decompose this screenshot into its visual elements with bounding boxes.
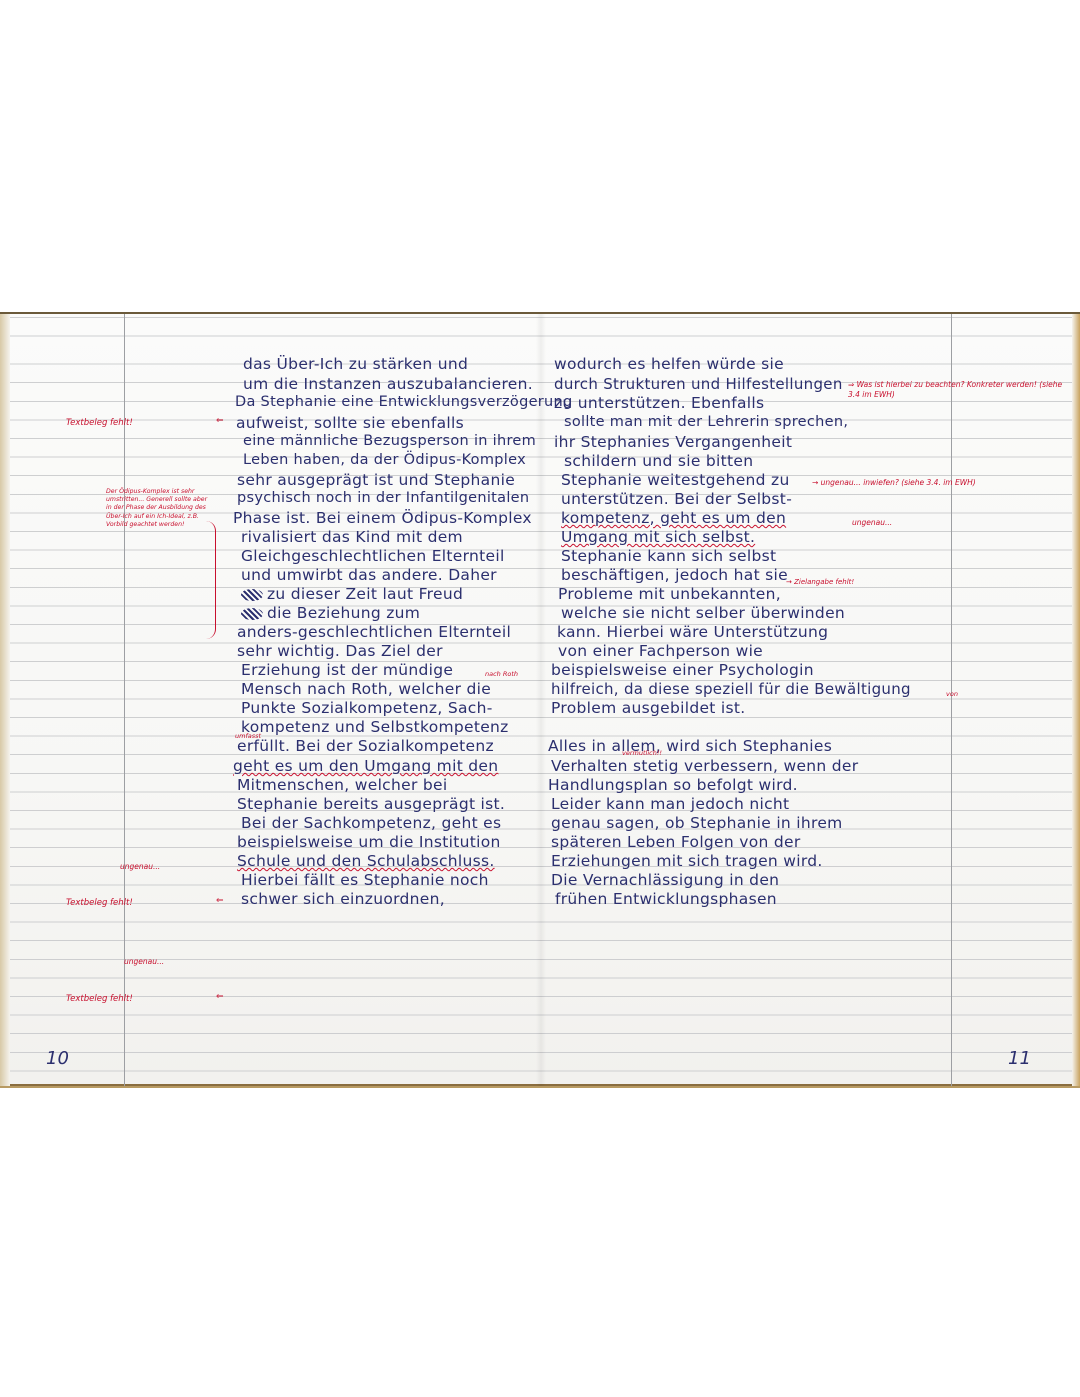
right-line-3: zu unterstützen. Ebenfalls [554,394,764,412]
right-line-2: durch Strukturen und Hilfestellungen [554,375,843,393]
right-line-8: unterstützen. Bei der Selbst- [561,490,792,508]
right-line-4: sollte man mit der Lehrerin sprechen, [564,414,848,430]
left-line-17: Erziehung ist der mündige [241,661,453,679]
page-number-left: 10 [46,1048,69,1069]
left-line-1: das Über-Ich zu stärken und [243,355,468,373]
right-margin-line [951,314,952,1086]
margin-note-ungenau-2: ungenau... [124,957,164,966]
left-line-26: beispielsweise um die Institution [237,833,501,851]
right-line-26: späteren Leben Folgen von der [551,833,801,851]
left-line-27: Schule und den Schulabschluss. [237,852,495,870]
correction-nach-roth: nach Roth [485,670,518,678]
right-line-16: von einer Fachperson wie [558,642,763,660]
correction-vermutlich: vermutlich!! [622,749,662,757]
right-line-27: Erziehungen mit sich tragen wird. [551,852,823,870]
left-line-12: und umwirbt das andere. Daher [241,566,497,584]
right-line-21: Alles in allem, wird sich Stephanies [548,737,832,755]
correction-von: von [946,690,958,698]
left-line-7: sehr ausgeprägt ist und Stephanie [237,471,515,489]
margin-note-ungenau-3: ungenau... [852,518,892,527]
left-line-6: Leben haben, da der Ödipus-Komplex [243,452,526,468]
left-line-4: aufweist, sollte sie ebenfalls [236,414,464,432]
left-line-3: Da Stephanie eine Entwicklungsverzögerun… [235,394,573,410]
margin-note-textbeleg-1: Textbeleg fehlt! [66,418,133,428]
right-line-23: Handlungsplan so befolgt wird. [548,776,798,794]
left-line-2: um die Instanzen auszubalancieren. [243,375,533,393]
scribble-crossout [241,589,263,601]
right-line-29: frühen Entwicklungsphasen [555,890,777,908]
left-line-25: Bei der Sachkompetenz, geht es [241,814,501,832]
left-line-29: schwer sich einzuordnen, [241,890,445,908]
margin-note-inwiefern: → ungenau... inwiefen? (siehe 3.4. im EW… [812,478,976,487]
curly-brace-icon [205,521,216,639]
left-line-16: sehr wichtig. Das Ziel der [237,642,443,660]
left-line-22: geht es um den Umgang mit den [233,757,498,775]
left-line-8: psychisch noch in der Infantilgenitalen [237,490,529,506]
left-line-28: Hierbei fällt es Stephanie noch [241,871,489,889]
right-line-11: Stephanie kann sich selbst [561,547,776,565]
left-line-14-text: die Beziehung zum [267,604,420,622]
left-line-21: erfüllt. Bei der Sozialkompetenz [237,737,494,755]
left-line-13-text: zu dieser Zeit laut Freud [267,585,463,603]
right-line-22: Verhalten stetig verbessern, wenn der [551,757,858,775]
right-line-1: wodurch es helfen würde sie [554,355,784,373]
left-line-15: anders-geschlechtlichen Elternteil [237,623,511,641]
left-margin-line [124,314,125,1086]
left-line-19: Punkte Sozialkompetenz, Sach- [241,699,493,717]
page-number-right: 11 [1008,1048,1031,1069]
right-line-17: beispielsweise einer Psychologin [551,661,814,679]
right-line-13: Probleme mit unbekannten, [558,585,781,603]
right-line-12: beschäftigen, jedoch hat sie [561,566,788,584]
left-line-24: Stephanie bereits ausgeprägt ist. [237,795,505,813]
left-arrow-icon: ⇐ [216,896,224,906]
right-line-25: genau sagen, ob Stephanie in ihrem [551,814,843,832]
right-line-10: Umgang mit sich selbst. [561,528,755,546]
left-line-11: Gleichgeschlechtlichen Elternteil [241,547,505,565]
right-line-5: ihr Stephanies Vergangenheit [554,433,792,451]
right-line-19: Problem ausgebildet ist. [551,699,746,717]
center-crease [536,314,546,1086]
left-line-20: kompetenz und Selbstkompetenz [241,718,509,736]
scribble-crossout [241,608,263,620]
right-line-18: hilfreich, da diese speziell für die Bew… [551,680,911,698]
right-line-14: welche sie nicht selber überwinden [561,604,845,622]
margin-note-zielangabe: → Zielangabe fehlt! [786,578,854,586]
left-arrow-icon: ⇐ [216,416,224,426]
left-line-23: Mitmenschen, welcher bei [237,776,447,794]
margin-note-ungenau-1: ungenau... [120,862,160,871]
correction-umfasst: umfasst [235,732,261,740]
left-arrow-icon: ⇐ [216,992,224,1002]
left-line-13: zu dieser Zeit laut Freud [241,585,463,603]
right-line-9: kompetenz, geht es um den [561,509,786,527]
right-line-28: Die Vernachlässigung in den [551,871,779,889]
left-line-5: eine männliche Bezugsperson in ihrem [243,433,536,449]
left-line-9: Phase ist. Bei einem Ödipus-Komplex [233,509,532,527]
notebook-spread: das Über-Ich zu stärken und um die Insta… [0,312,1080,1086]
margin-note-konkreter: ⇒ Was ist hierbei zu beachten? Konkreter… [848,380,1068,400]
margin-note-textbeleg-3: Textbeleg fehlt! [66,994,133,1004]
margin-note-textbeleg-2: Textbeleg fehlt! [66,898,133,908]
right-line-7: Stephanie weitestgehend zu [561,471,790,489]
left-line-18: Mensch nach Roth, welcher die [241,680,491,698]
margin-note-oedipus: Der Ödipus-Komplex ist sehr umstritten..… [106,488,211,529]
left-line-14: die Beziehung zum [241,604,420,622]
right-line-24: Leider kann man jedoch nicht [551,795,789,813]
right-line-15: kann. Hierbei wäre Unterstützung [557,623,828,641]
right-line-6: schildern und sie bitten [564,452,753,470]
left-line-10: rivalisiert das Kind mit dem [241,528,463,546]
